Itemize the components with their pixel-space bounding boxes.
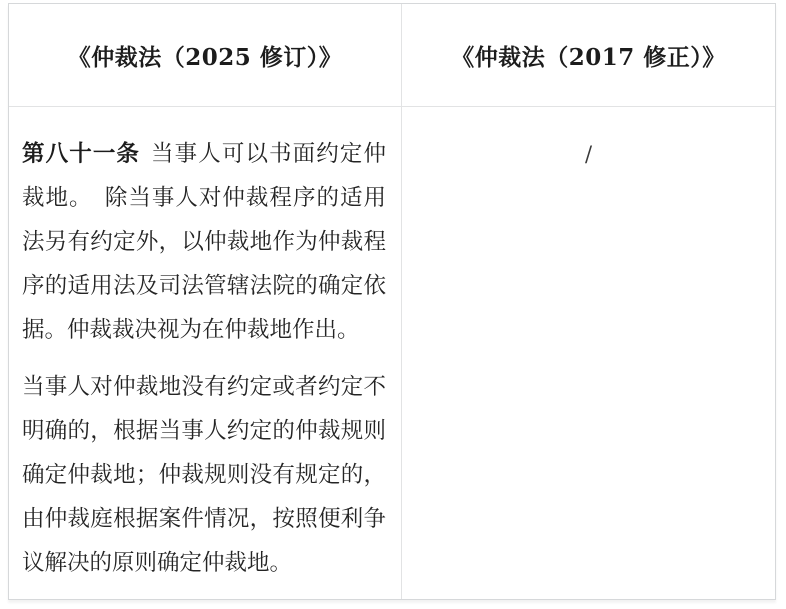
header-law-2025: 《仲裁法（2025 修订）》 <box>9 4 401 107</box>
header-law-2017: 《仲裁法（2017 修正）》 <box>401 4 775 107</box>
article-81-paragraph-1: 第八十一条当事人可以书面约定仲裁地。 除当事人对仲裁程序的适用法另有约定外，以仲… <box>22 132 386 352</box>
article-81-number: 第八十一条 <box>22 141 140 167</box>
article-81-paragraph-1-text: 当事人可以书面约定仲裁地。 除当事人对仲裁程序的适用法另有约定外，以仲裁地作为仲… <box>22 141 386 343</box>
header-law-2017-label: 《仲裁法（2017 修正）》 <box>451 39 726 72</box>
article-81-paragraph-2-text: 当事人对仲裁地没有约定或者约定不明确的，根据当事人约定的仲裁规则确定仲裁地；仲裁… <box>22 374 386 576</box>
law-comparison-table: 《仲裁法（2025 修订）》 《仲裁法（2017 修正）》 第八十一条当事人可以… <box>8 3 776 600</box>
header-law-2025-label: 《仲裁法（2025 修订）》 <box>68 39 343 72</box>
cell-law-2017-empty: / <box>401 107 775 599</box>
article-81-paragraph-2: 当事人对仲裁地没有约定或者约定不明确的，根据当事人约定的仲裁规则确定仲裁地；仲裁… <box>22 365 386 585</box>
cell-law-2025-article-81: 第八十一条当事人可以书面约定仲裁地。 除当事人对仲裁程序的适用法另有约定外，以仲… <box>9 107 401 599</box>
empty-placeholder-slash: / <box>585 142 592 166</box>
